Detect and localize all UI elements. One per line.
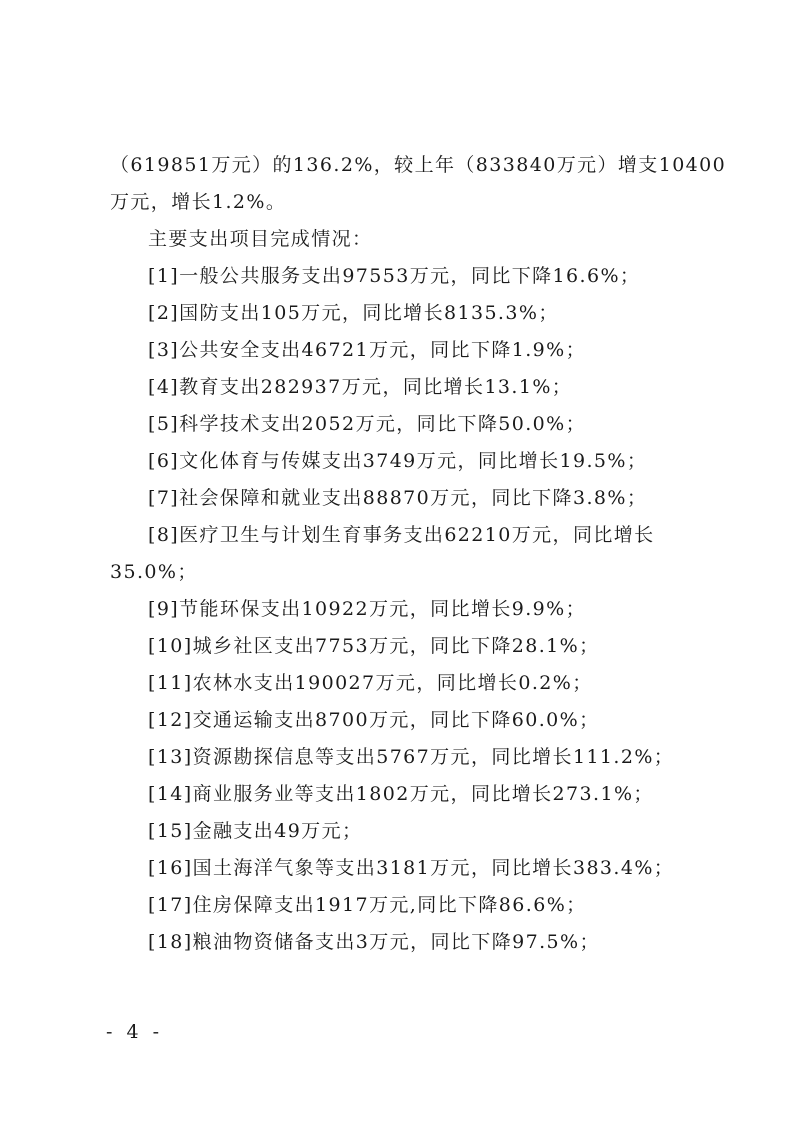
expenditure-item-15: [15]金融支出49万元； (110, 813, 700, 850)
expenditure-item-18: [18]粮油物资储备支出3万元，同比下降97.5%； (110, 924, 700, 961)
page-number: - 4 - (106, 1021, 163, 1043)
section-heading: 主要支出项目完成情况： (110, 221, 700, 258)
paragraph-line: （619851万元）的136.2%，较上年（833840万元）增支10400 (110, 147, 700, 184)
expenditure-item-12: [12]交通运输支出8700万元，同比下降60.0%； (110, 702, 700, 739)
expenditure-item-10: [10]城乡社区支出7753万元，同比下降28.1%； (110, 628, 700, 665)
expenditure-item-5: [5]科学技术支出2052万元，同比下降50.0%； (110, 406, 700, 443)
expenditure-item-16: [16]国土海洋气象等支出3181万元，同比增长383.4%； (110, 850, 700, 887)
expenditure-item-7: [7]社会保障和就业支出88870万元，同比下降3.8%； (110, 480, 700, 517)
expenditure-item-9: [9]节能环保支出10922万元，同比增长9.9%； (110, 591, 700, 628)
expenditure-item-1: [1]一般公共服务支出97553万元，同比下降16.6%； (110, 258, 700, 295)
document-body: （619851万元）的136.2%，较上年（833840万元）增支10400 万… (110, 147, 700, 961)
expenditure-item-4: [4]教育支出282937万元，同比增长13.1%； (110, 369, 700, 406)
expenditure-item-8-continuation: 35.0%； (110, 554, 700, 591)
expenditure-item-17: [17]住房保障支出1917万元,同比下降86.6%； (110, 887, 700, 924)
paragraph-line: 万元，增长1.2%。 (110, 184, 700, 221)
expenditure-item-14: [14]商业服务业等支出1802万元，同比增长273.1%； (110, 776, 700, 813)
expenditure-item-13: [13]资源勘探信息等支出5767万元，同比增长111.2%； (110, 739, 700, 776)
expenditure-item-8: [8]医疗卫生与计划生育事务支出62210万元，同比增长 (110, 517, 700, 554)
document-page: （619851万元）的136.2%，较上年（833840万元）增支10400 万… (0, 0, 793, 1122)
expenditure-item-3: [3]公共安全支出46721万元，同比下降1.9%； (110, 332, 700, 369)
expenditure-item-6: [6]文化体育与传媒支出3749万元，同比增长19.5%； (110, 443, 700, 480)
expenditure-item-2: [2]国防支出105万元，同比增长8135.3%； (110, 295, 700, 332)
expenditure-item-11: [11]农林水支出190027万元，同比增长0.2%； (110, 665, 700, 702)
